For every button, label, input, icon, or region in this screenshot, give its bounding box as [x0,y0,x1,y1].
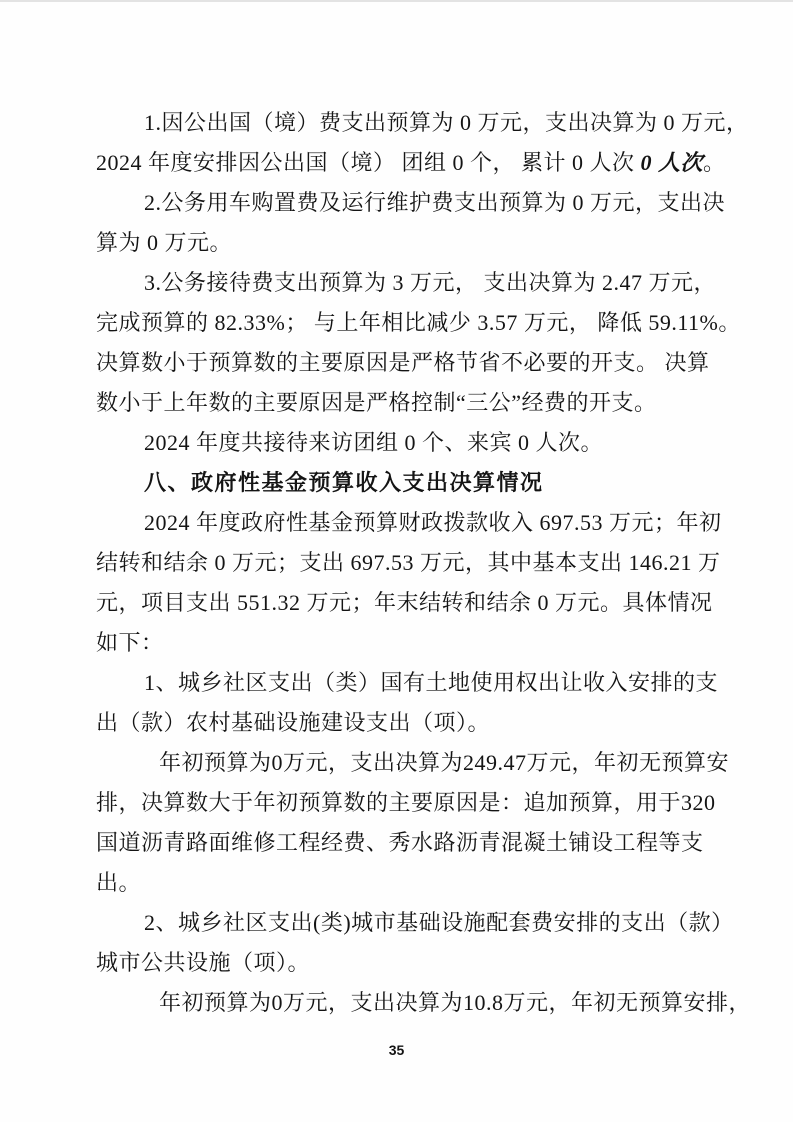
text-line: 国道沥青路面维修工程经费、秀水路沥青混凝土铺设工程等支 [96,823,736,863]
line-text: 1.因公出国（境）费支出预算为 0 万元，支出决算为 0 万元， [144,110,749,135]
line-text: 2.公务用车购置费及运行维护费支出预算为 0 万元，支出决 [144,190,725,215]
line-text: 2024 年度共接待来访团组 0 个、来宾 0 人次。 [144,430,603,455]
text-line: 2024 年度政府性基金预算财政拨款收入 697.53 万元；年初 [96,503,736,543]
line-text: 算为 0 万元。 [96,230,232,255]
text-line: 2024 年度共接待来访团组 0 个、来宾 0 人次。 [96,423,736,463]
document-body: 1.因公出国（境）费支出预算为 0 万元，支出决算为 0 万元， 2024 年度… [96,103,736,1023]
line-text: 排，决算数大于年初预算数的主要原因是：追加预算，用于320 [96,790,716,815]
line-text: 2024 年度政府性基金预算财政拨款收入 697.53 万元；年初 [144,510,722,535]
line-text: 年初预算为0万元，支出决算为249.47万元，年初无预算安 [159,750,729,775]
document-page: 1.因公出国（境）费支出预算为 0 万元，支出决算为 0 万元， 2024 年度… [0,0,793,1122]
text-line: 城市公共设施（项）。 [96,943,736,983]
text-line: 3.公务接待费支出预算为 3 万元， 支出决算为 2.47 万元， [96,263,736,303]
line-text: 年初预算为0万元，支出决算为10.8万元，年初无预算安排， [159,990,751,1015]
line-punctuation: 。 [703,150,726,175]
text-line: 出（款）农村基础设施建设支出（项）。 [96,703,736,743]
text-line: 算为 0 万元。 [96,223,736,263]
line-text: 元，项目支出 551.32 万元；年末结转和结余 0 万元。具体情况 [96,590,713,615]
section-heading: 八、政府性基金预算收入支出决算情况 [96,463,736,503]
line-text: 出（款）农村基础设施建设支出（项）。 [96,710,490,735]
text-line: 排，决算数大于年初预算数的主要原因是：追加预算，用于320 [96,783,736,823]
text-line: 2、城乡社区支出(类)城市基础设施配套费安排的支出（款） [96,903,736,943]
text-line: 2.公务用车购置费及运行维护费支出预算为 0 万元，支出决 [96,183,736,223]
line-text: 结转和结余 0 万元；支出 697.53 万元，其中基本支出 146.21 万 [96,550,721,575]
heading-text: 八、政府性基金预算收入支出决算情况 [144,470,544,495]
text-line: 1、城乡社区支出（类）国有土地使用权出让收入安排的支 [96,663,736,703]
text-line: 如下： [96,623,736,663]
text-line: 年初预算为0万元，支出决算为10.8万元，年初无预算安排， [96,983,736,1023]
line-text: 1、城乡社区支出（类）国有土地使用权出让收入安排的支 [144,670,718,695]
line-text: 城市公共设施（项）。 [96,950,310,975]
text-line: 1.因公出国（境）费支出预算为 0 万元，支出决算为 0 万元， [96,103,736,143]
text-line: 年初预算为0万元，支出决算为249.47万元，年初无预算安 [96,743,736,783]
text-line: 元，项目支出 551.32 万元；年末结转和结余 0 万元。具体情况 [96,583,736,623]
text-line: 完成预算的 82.33%； 与上年相比减少 3.57 万元， 降低 59.11%… [96,303,736,343]
text-line: 结转和结余 0 万元；支出 697.53 万元，其中基本支出 146.21 万 [96,543,736,583]
line-text: 3.公务接待费支出预算为 3 万元， 支出决算为 2.47 万元， [144,270,716,295]
page-number: 35 [0,1042,793,1058]
line-text: 如下： [96,630,164,655]
line-text: 出。 [96,870,141,895]
text-line: 2024 年度安排因公出国（境） 团组 0 个， 累计 0 人次 0 人次。 [96,143,736,183]
text-line: 出。 [96,863,736,903]
italic-number-text: 0 人次 [641,150,704,175]
line-text: 2、城乡社区支出(类)城市基础设施配套费安排的支出（款） [144,910,734,935]
line-text: 国道沥青路面维修工程经费、秀水路沥青混凝土铺设工程等支 [96,830,704,855]
line-text: 数小于上年数的主要原因是严格控制“三公”经费的开支。 [96,390,657,415]
text-line: 决算数小于预算数的主要原因是严格节省不必要的开支。 决算 [96,343,736,383]
line-text: 决算数小于预算数的主要原因是严格节省不必要的开支。 决算 [96,350,710,375]
line-text: 完成预算的 82.33%； 与上年相比减少 3.57 万元， 降低 59.11%… [96,310,741,335]
text-line: 数小于上年数的主要原因是严格控制“三公”经费的开支。 [96,383,736,423]
line-text: 2024 年度安排因公出国（境） 团组 0 个， 累计 0 人次 [96,150,641,175]
